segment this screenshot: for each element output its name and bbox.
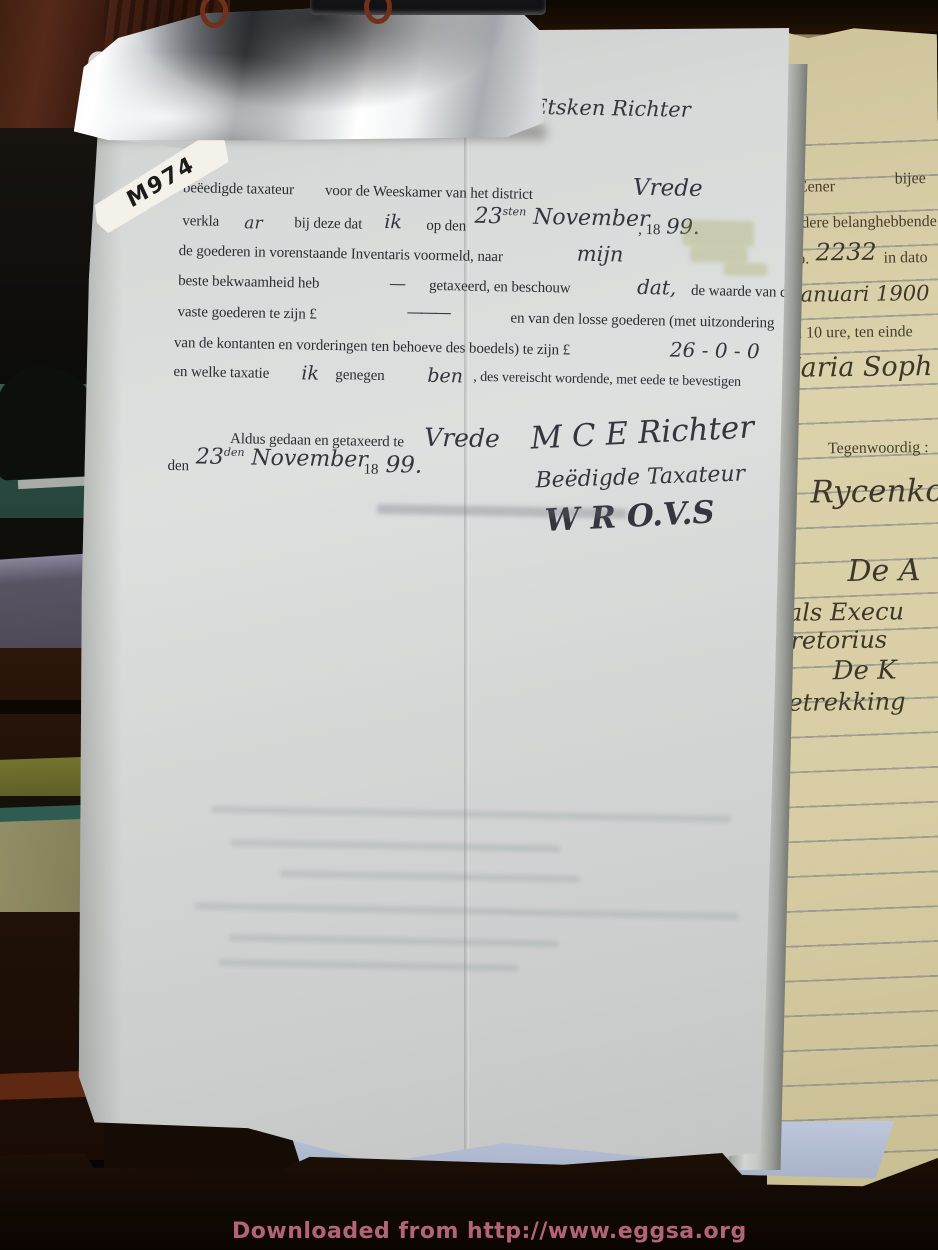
rp-als-execu: als Execu xyxy=(788,597,904,626)
faint-stamp-mark xyxy=(682,220,754,247)
line5-printed-a: beste bekwaamheid heb xyxy=(178,273,319,293)
rp-betrekking: betrekking xyxy=(773,687,906,717)
watermark-text: Downloaded from http://www.eggsa.org xyxy=(232,1219,747,1244)
line4-mijn: mijn xyxy=(577,242,624,267)
line5-printed-b: getaxeerd, en beschouw xyxy=(429,278,571,298)
line3-ar: ar xyxy=(244,213,263,233)
line4-printed: de goederen in vorenstaande Inventaris v… xyxy=(179,243,503,266)
line6-printed-a: vaste goederen te zijn £ xyxy=(177,304,317,324)
signature-title: Beëdigde Taxateur xyxy=(535,461,745,493)
rp-tegenwoordig: Tegenwoordig : xyxy=(828,439,929,458)
line3-verkla: verkla xyxy=(182,213,219,231)
line2-printed-a: beëedigde taxateur xyxy=(183,180,294,199)
rp-de-k: De K xyxy=(832,655,896,686)
line7-amount: 26 - 0 - 0 xyxy=(670,337,760,363)
line5-printed-c: de waarde van de xyxy=(691,283,794,302)
photo-of-document: Eener bijee andere belanghebbende No. 22… xyxy=(0,0,938,1250)
line3-date-handwritten: 23sten November xyxy=(474,204,650,232)
line8-ben: ben xyxy=(427,365,463,388)
show-through-line1 xyxy=(211,806,731,823)
line2-vrede-handwritten: Vrede xyxy=(633,175,703,202)
line5-dash: — xyxy=(389,274,406,294)
clip-lever-bar xyxy=(310,0,546,15)
rp-rycenko: Rycenko xyxy=(810,473,938,511)
line8-ik: ik xyxy=(301,362,319,384)
line6-long-dash: ——— xyxy=(406,302,448,323)
closing-99: 99. xyxy=(385,452,422,479)
show-through-line5 xyxy=(228,934,558,947)
faint-stamp-mark3 xyxy=(723,262,767,276)
line3-comma-18: , 18 xyxy=(638,222,660,239)
show-through-line6 xyxy=(218,959,518,972)
closing-den: den xyxy=(167,458,189,475)
rp-number-2232: 2232 xyxy=(815,238,876,267)
clip-metal-plate xyxy=(64,0,556,146)
line8-printed-b: , des vereischt wordende, met eede te be… xyxy=(473,370,741,391)
show-through-line2 xyxy=(230,839,560,852)
rp-ten-10-ure: ten 10 ure, ten einde xyxy=(782,323,912,343)
faint-stamp-mark2 xyxy=(690,246,748,263)
line8-printed-a: en welke taxatie xyxy=(173,364,269,383)
taxation-document: x Ondergeteekende Michiel Casparis Etske… xyxy=(76,28,792,1168)
line3-ik: ik xyxy=(384,211,402,233)
show-through-line4 xyxy=(194,902,739,919)
line8-genegen: genegen xyxy=(335,367,385,385)
closing-date: 23den November xyxy=(196,444,369,472)
rp-word-bijee: bijee xyxy=(895,170,926,188)
rp-de-a: De A xyxy=(847,553,920,589)
line6-printed-b: en van den losse goederen (met uitzonder… xyxy=(510,310,774,332)
line7-printed: van de kontanten en vorderingen ten beho… xyxy=(174,335,570,360)
line3-op-den: op den xyxy=(426,218,466,236)
line5-dat: dat, xyxy=(637,275,677,300)
show-through-line3 xyxy=(280,870,580,883)
clipboard-clip xyxy=(64,0,556,146)
rp-in-dato: in dato xyxy=(884,249,928,268)
closing-vrede: Vrede xyxy=(424,423,500,453)
signature-name: M C E Richter xyxy=(530,409,755,456)
line2-printed-b: voor de Weeskamer van het district xyxy=(325,183,533,204)
rp-line-andere: andere belanghebbende xyxy=(786,213,937,233)
closing-18: 18 xyxy=(363,462,378,479)
document-text-layer: x Ondergeteekende Michiel Casparis Etske… xyxy=(54,28,792,1182)
line3-bij-deze: bij deze dat xyxy=(294,215,362,233)
